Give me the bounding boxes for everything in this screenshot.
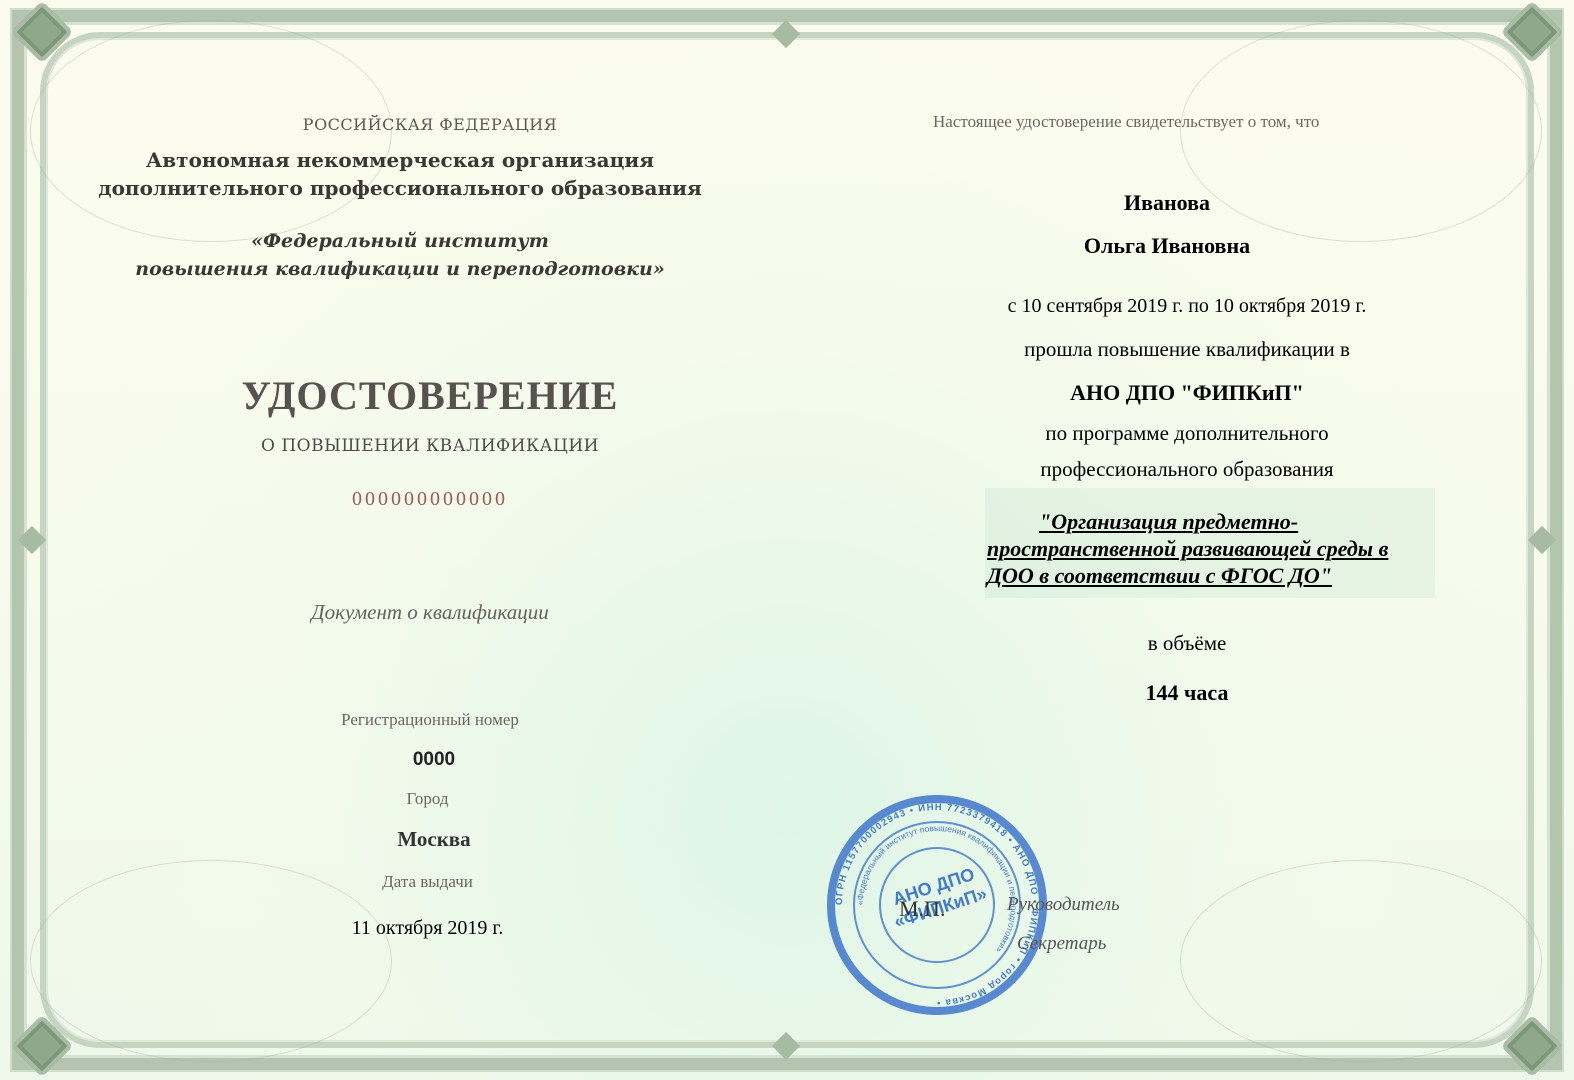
course-title: "Организация предметно-пространственной … — [987, 508, 1437, 589]
serial-number: 000000000000 — [0, 488, 860, 511]
left-page: РОССИЙСКАЯ ФЕДЕРАЦИЯ Автономная некоммер… — [0, 0, 787, 1080]
organization-line-2: дополнительного профессионального образо… — [0, 176, 800, 200]
document-subtitle: О ПОВЫШЕНИИ КВАЛИФИКАЦИИ — [0, 436, 860, 456]
registration-label: Регистрационный номер — [0, 710, 860, 730]
testify-text: Настоящее удостоверение свидетельствует … — [933, 112, 1319, 132]
completed-text: прошла повышение квалификации в — [967, 337, 1407, 362]
registration-number: 0000 — [0, 749, 868, 771]
holder-given-names: Ольга Ивановна — [947, 233, 1387, 259]
course-hours: 144 часа — [967, 680, 1407, 706]
institute-line-1: «Федеральный институт — [0, 230, 800, 252]
issue-date: 11 октября 2019 г. — [0, 917, 855, 940]
institution-name: АНО ДПО "ФИПКиП" — [957, 380, 1417, 406]
organization-line-1: Автономная некоммерческая организация — [0, 148, 800, 172]
holder-surname: Иванова — [947, 190, 1387, 216]
seal-label: М.П. — [899, 896, 945, 922]
volume-label: в объёме — [967, 631, 1407, 656]
city-value: Москва — [0, 827, 868, 852]
city-label: Город — [0, 789, 855, 809]
document-title: УДОСТОВЕРЕНИЕ — [0, 372, 860, 419]
program-line-1: по программе дополнительного — [967, 421, 1407, 446]
issue-date-label: Дата выдачи — [0, 872, 855, 892]
country-label: РОССИЙСКАЯ ФЕДЕРАЦИЯ — [0, 115, 860, 134]
document-type: Документ о квалификации — [0, 600, 860, 625]
training-period: с 10 сентября 2019 г. по 10 октября 2019… — [967, 295, 1407, 318]
institute-line-2: повышения квалификации и переподготовки» — [0, 258, 800, 280]
program-line-2: профессионального образования — [967, 457, 1407, 482]
signature-secretary-label: Секретарь — [1017, 933, 1106, 955]
right-page: Настоящее удостоверение свидетельствует … — [787, 0, 1574, 1080]
signature-head-label: Руководитель — [1007, 894, 1120, 916]
